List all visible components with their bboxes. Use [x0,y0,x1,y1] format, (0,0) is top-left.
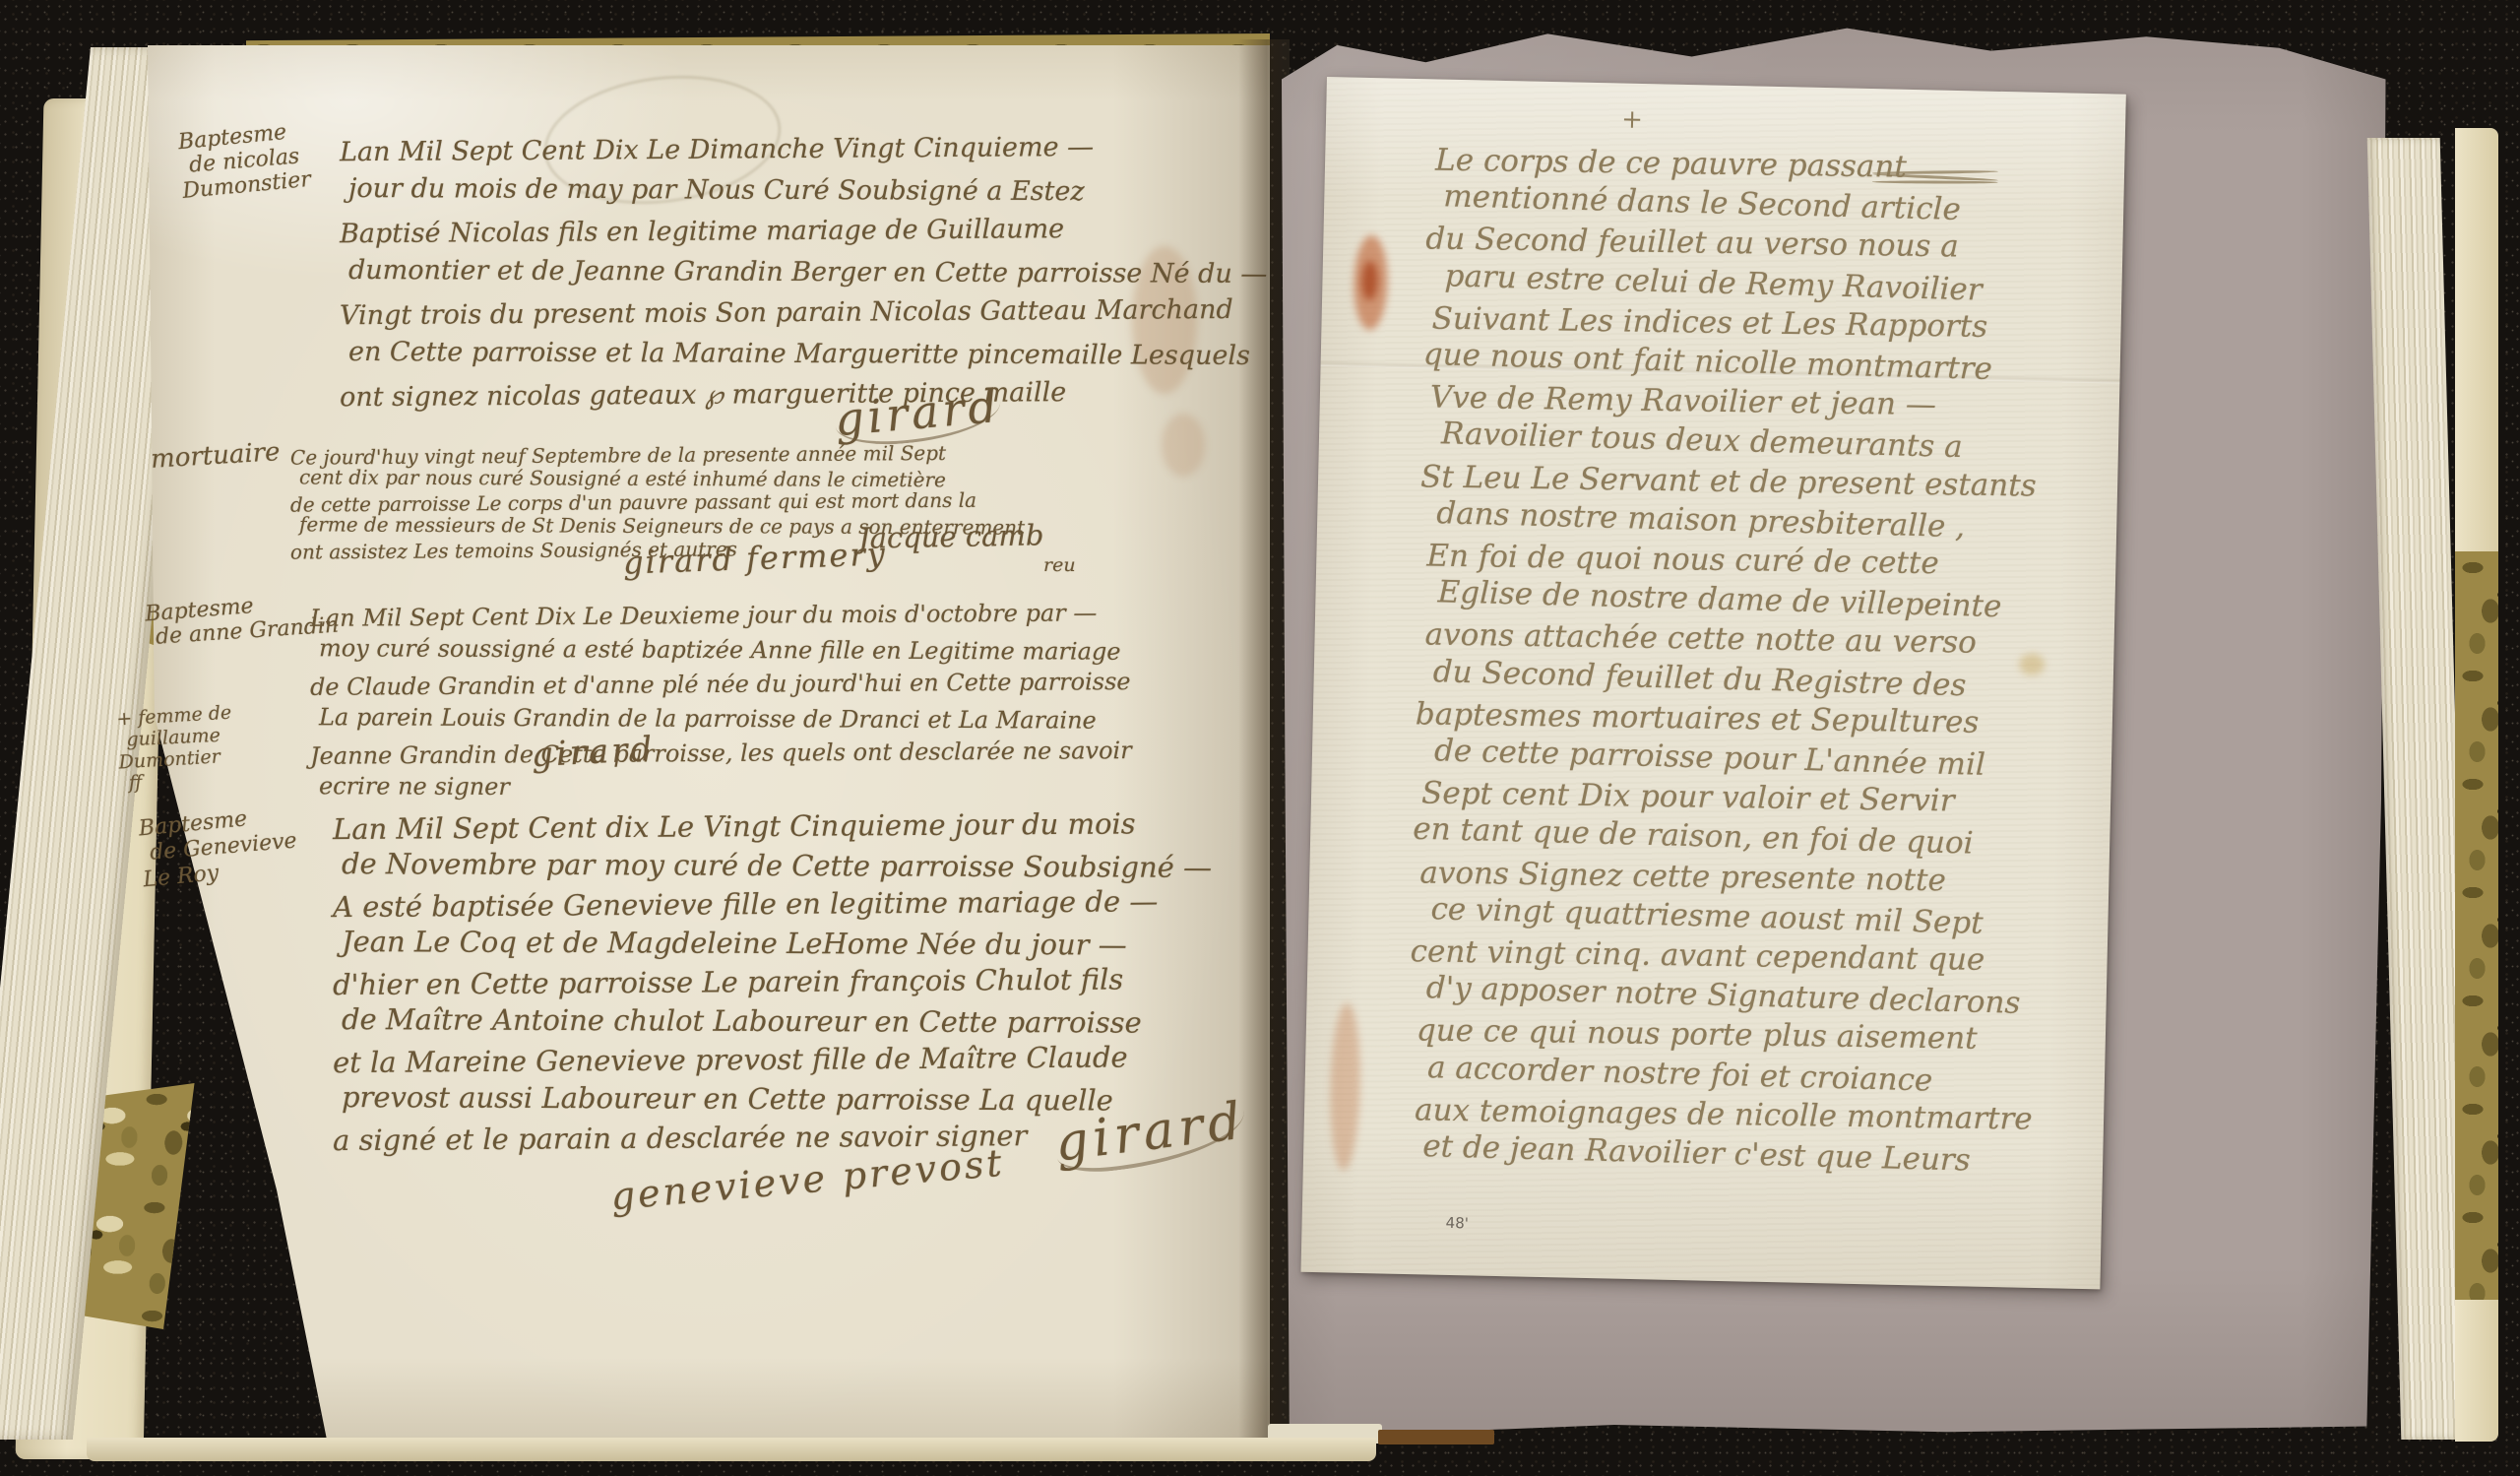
bottom-cover-edge [87,1438,1376,1461]
register-line: Jeanne Grandin de Cette parroisse, les q… [310,734,1132,774]
signature-jacque-camb: Jacque camb [858,518,1044,554]
entry-baptism-nicolas-dumonstier: Lan Mil Sept Cent Dix Le Dimanche Vingt … [340,129,1267,416]
register-line: jour du mois de may par Nous Curé Soubsi… [348,167,1268,213]
entry-baptism-anne-grandin: Lan Mil Sept Cent Dix Le Deuxieme jour d… [310,599,1132,805]
register-line: ont signez nicolas gateaux ℘ margueritte… [340,371,1268,418]
crossed-out-word [1872,167,1998,186]
pencil-foliation-number: 48' [1445,1214,1469,1233]
margin-note-baptism-nicolas-dumonstier: Baptesmede nicolasDumonstier [177,118,312,203]
page-stain [1162,414,1205,477]
register-line: d'hier en Cette parroisse Le parein fran… [333,960,1212,1005]
red-stain [1329,1002,1362,1171]
wood-fragment [1378,1430,1494,1444]
register-line: Jean Le Coq et de Magdeleine LeHome Née … [342,923,1212,965]
signature-reu: reu [1043,554,1076,576]
register-line: dumontier et de Jeanne Grandin Berger en… [348,249,1268,294]
note-text-block: Le corps de ce pauvre passantmentionné d… [1414,138,2053,1181]
register-line: en Cette parroisse et la Maraine Marguer… [348,331,1268,376]
signature-girard: girard [531,730,656,775]
register-line: de Maître Antoine chulot Laboureur en Ce… [342,1000,1212,1043]
margin-note-baptism-genevieve-le-roy: Baptesmede GenevieveLe Roy [138,802,300,893]
right-cover-board [2455,128,2498,1442]
attached-note-sheet: + Le corps de ce pauvre passantmentionné… [1301,77,2126,1289]
register-line: Vingt trois du present mois Son parain N… [340,289,1268,337]
register-line: Lan Mil Sept Cent Dix Le Deuxieme jour d… [310,596,1132,636]
register-line: et la Mareine Genevieve prevost fille de… [333,1038,1212,1083]
register-line: Baptisé Nicolas fils en legitime mariage… [340,208,1268,255]
register-line: de Novembre par moy curé de Cette parroi… [342,845,1212,887]
entry-baptism-genevieve-le-roy: Lan Mil Sept Cent dix Le Vingt Cinquieme… [333,807,1212,1158]
register-line: moy curé soussigné a esté baptizée Anne … [319,631,1132,670]
register-line: Lan Mil Sept Cent Dix Le Dimanche Vingt … [340,126,1268,173]
marbled-paper-patch [2455,551,2498,1300]
cross-mark: + [1621,105,1643,135]
register-line: A esté baptisée Genevieve fille en legit… [333,882,1212,928]
register-line: de Claude Grandin et d'anne plé née du j… [310,665,1132,705]
register-line: ecrire ne signer [319,769,1132,807]
register-line: La parein Louis Grandin de la parroisse … [319,700,1132,738]
register-line: Lan Mil Sept Cent dix Le Vingt Cinquieme… [333,804,1212,850]
book-gutter [1238,39,1290,1442]
open-register-photograph: Baptesmede nicolasDumonstier Lan Mil Sep… [0,0,2520,1476]
margin-note-femme-de-guillaume-dumontier: + femme deguillaumeDumontierff [116,702,235,795]
